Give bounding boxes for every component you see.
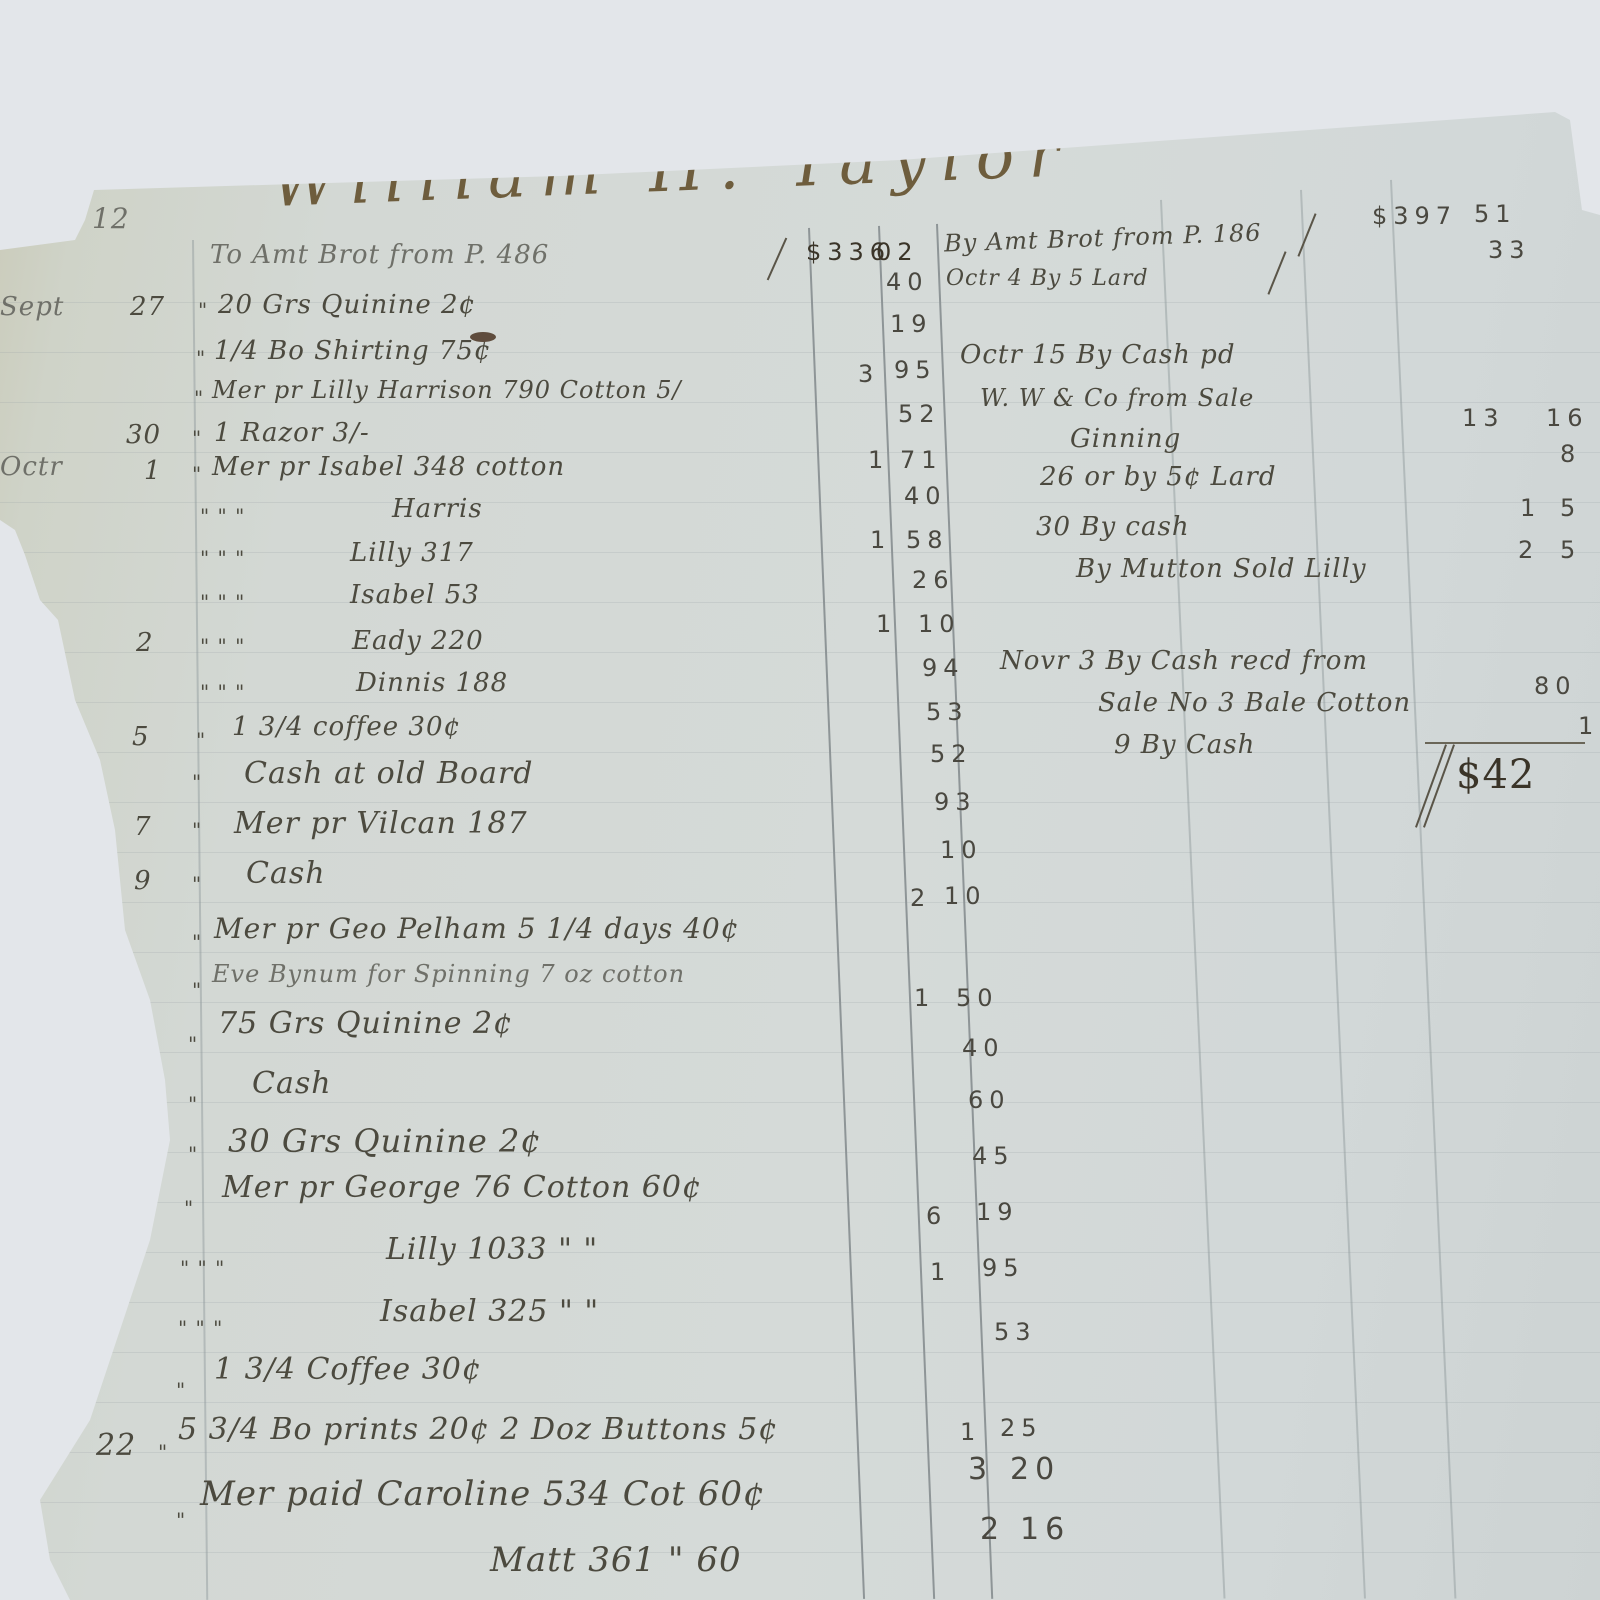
credit-cents: 5 <box>1560 536 1581 564</box>
debit-description: 5 3/4 Bo prints 20¢ 2 Doz Buttons 5¢ <box>178 1412 778 1447</box>
debit-day: 5 <box>132 722 150 752</box>
ditto-mark: " <box>192 818 202 842</box>
ditto-mark: " <box>184 1196 194 1220</box>
ditto-mark: " " " <box>200 634 245 658</box>
ditto-mark: " <box>198 298 208 322</box>
page-number: 12 <box>92 202 130 235</box>
debit-description: Cash <box>246 856 326 891</box>
debit-dollars: 1 <box>870 526 891 554</box>
credit-description: By Amt Brot from P. 186 <box>944 218 1262 257</box>
ditto-mark: " <box>176 1508 186 1532</box>
credit-dollars: $397 <box>1372 202 1457 230</box>
debit-description: Mer paid Caroline 534 Cot 60¢ <box>200 1474 766 1514</box>
ruling-line <box>0 952 1600 953</box>
credit-cents: 16 <box>1546 404 1589 432</box>
ditto-mark: " <box>196 728 206 752</box>
debit-cents: 25 <box>1000 1414 1043 1442</box>
credit-total: $42 <box>1456 752 1535 798</box>
credit-description: Ginning <box>1070 424 1181 454</box>
debit-description: Mer pr Geo Pelham 5 1/4 days 40¢ <box>214 912 740 945</box>
debit-description: Eve Bynum for Spinning 7 oz cotton <box>212 960 685 988</box>
margin-month-octr: Octr <box>0 452 63 482</box>
debit-day: 1 <box>144 456 162 486</box>
debit-cents: 20 <box>1010 1452 1060 1487</box>
debit-cents: 19 <box>976 1198 1019 1226</box>
debit-description: Mer pr Isabel 348 cotton <box>212 452 565 482</box>
ruling-line <box>0 1002 1600 1003</box>
debit-cents: 10 <box>944 882 987 910</box>
debit-description: 1 3/4 coffee 30¢ <box>232 712 461 742</box>
margin-month-sept: Sept <box>0 292 64 322</box>
credit-cents: 33 <box>1488 236 1531 264</box>
debit-description: Isabel 325 " " <box>380 1294 599 1329</box>
credit-dollars: 13 <box>1462 404 1505 432</box>
debit-cents: 52 <box>898 400 941 428</box>
debit-dollars: 1 <box>930 1258 951 1286</box>
debit-cents: 95 <box>982 1254 1025 1282</box>
debit-cents: 53 <box>926 698 969 726</box>
debit-description: Matt 361 " 60 <box>490 1540 742 1580</box>
ruling-line <box>0 1452 1600 1453</box>
credit-cents: 80 <box>1534 672 1577 700</box>
ruling-line <box>0 902 1600 903</box>
credit-description: 9 By Cash <box>1114 730 1255 760</box>
debit-description: 1 3/4 Coffee 30¢ <box>214 1352 482 1387</box>
credit-description: 26 or by 5¢ Lard <box>1040 462 1276 492</box>
debit-cents: 02 <box>876 238 919 266</box>
total-bracket-stroke <box>1423 744 1455 827</box>
total-bracket-stroke <box>1415 744 1447 827</box>
ditto-mark: " <box>188 1142 198 1166</box>
ditto-mark: " <box>192 978 202 1002</box>
debit-cents: 10 <box>940 836 983 864</box>
credit-description: Sale No 3 Bale Cotton <box>1098 688 1411 718</box>
debit-cents: 40 <box>886 268 929 296</box>
tick-mark <box>1267 251 1286 294</box>
debit-dollars: 6 <box>926 1202 947 1230</box>
debit-description: Mer pr George 76 Cotton 60¢ <box>222 1170 702 1205</box>
credit-cents: 51 <box>1474 200 1517 228</box>
debit-day: 2 <box>136 628 154 658</box>
debit-description: Cash at old Board <box>244 756 534 791</box>
credit-description: Novr 3 By Cash recd from <box>1000 646 1368 676</box>
debit-dollars: 2 <box>910 884 931 912</box>
ditto-mark: " <box>188 1032 198 1056</box>
debit-description: Cash <box>252 1066 332 1101</box>
ruling-line <box>0 1552 1600 1553</box>
debit-day: 9 <box>134 866 152 896</box>
tick-mark <box>1297 213 1316 256</box>
debit-cents: 19 <box>890 310 933 338</box>
ditto-mark: " " " <box>200 680 245 704</box>
debit-description: 20 Grs Quinine 2¢ <box>218 290 476 320</box>
credit-cents: 8 <box>1560 440 1581 468</box>
ditto-mark: " <box>196 346 206 370</box>
ditto-mark: " <box>192 872 202 896</box>
credit-ruling <box>1390 180 1456 1599</box>
debit-cents: 53 <box>994 1318 1037 1346</box>
debit-dollars: 3 <box>968 1452 993 1487</box>
credit-description: W. W & Co from Sale <box>980 384 1254 412</box>
debit-description: 30 Grs Quinine 2¢ <box>228 1122 542 1160</box>
credit-description: Octr 15 By Cash pd <box>960 340 1235 370</box>
credit-divider-rule <box>936 224 993 1599</box>
ditto-mark: " " " <box>200 546 245 570</box>
debit-day: 30 <box>126 420 161 450</box>
credit-description: Octr 4 By 5 Lard <box>946 266 1149 291</box>
ruling-line <box>0 1302 1600 1303</box>
ditto-mark: " <box>194 386 204 410</box>
debit-cents: 40 <box>904 482 947 510</box>
debit-description: Harris <box>392 494 483 524</box>
debit-day: 22 <box>96 1428 136 1463</box>
debit-description: Mer pr Vilcan 187 <box>234 806 528 841</box>
debit-description: Mer pr Lilly Harrison 790 Cotton 5/ <box>212 376 682 404</box>
ditto-mark: " <box>192 930 202 954</box>
ditto-mark: " " " <box>178 1316 223 1340</box>
ruling-line <box>0 1102 1600 1103</box>
ditto-mark: " <box>158 1440 168 1464</box>
debit-description: 1/4 Bo Shirting 75¢ <box>214 336 491 366</box>
debit-description: Lilly 317 <box>350 538 474 568</box>
total-rule <box>1425 742 1585 744</box>
debit-day: 27 <box>130 292 165 322</box>
ledger-page: William H. Taylor 12 Sept Octr To Amt Br… <box>0 0 1600 1600</box>
debit-cents: 60 <box>968 1086 1011 1114</box>
debit-cents: 94 <box>922 654 965 682</box>
tick-mark <box>767 238 788 281</box>
debit-cents: 58 <box>906 526 949 554</box>
ruling-line <box>0 1052 1600 1053</box>
ditto-mark: " " " <box>200 504 245 528</box>
debit-cents: 52 <box>930 740 973 768</box>
ditto-mark: " <box>192 462 202 486</box>
credit-description: 30 By cash <box>1036 512 1190 542</box>
debit-dollars: 1 <box>868 446 889 474</box>
debit-dollars: 1 <box>960 1418 981 1446</box>
debit-day: 7 <box>134 812 152 842</box>
debit-cents: 16 <box>1020 1512 1070 1547</box>
debit-cents: 95 <box>894 356 937 384</box>
ruling-line <box>0 752 1600 753</box>
ditto-mark: " <box>192 770 202 794</box>
ruling-line <box>0 1252 1600 1253</box>
credit-description: By Mutton Sold Lilly <box>1076 554 1367 584</box>
ditto-mark: " <box>176 1378 186 1402</box>
credit-cents: 1 <box>1578 712 1599 740</box>
ditto-mark: " " " <box>180 1256 225 1280</box>
debit-dollars: 1 <box>914 984 935 1012</box>
ink-stain <box>470 332 496 342</box>
debit-cents: 71 <box>900 446 943 474</box>
ruling-line <box>0 1402 1600 1403</box>
ditto-mark: " <box>192 426 202 450</box>
debit-description: Lilly 1033 " " <box>386 1232 598 1267</box>
credit-cents: 5 <box>1560 494 1581 522</box>
debit-dollars: 3 <box>858 360 879 388</box>
cents-column-rule <box>878 226 935 1599</box>
debit-cents: 93 <box>934 788 977 816</box>
dollars-column-rule <box>808 228 865 1599</box>
debit-description: Eady 220 <box>352 626 484 656</box>
ruling-line <box>0 802 1600 803</box>
credit-dollars: 1 <box>1520 494 1541 522</box>
page-title: William H. Taylor <box>270 117 1074 222</box>
ruling-line <box>0 852 1600 853</box>
debit-cents: 26 <box>912 566 955 594</box>
ditto-mark: " " " <box>200 590 245 614</box>
ruling-line <box>0 502 1600 503</box>
debit-description: Dinnis 188 <box>356 668 508 698</box>
credit-dollars: 2 <box>1518 536 1539 564</box>
debit-day: 8 <box>124 1186 144 1221</box>
debit-dollars: 1 <box>876 610 897 638</box>
debit-description: 1 Razor 3/- <box>214 418 370 448</box>
ditto-mark: " <box>188 1092 198 1116</box>
debit-description: 75 Grs Quinine 2¢ <box>218 1006 513 1041</box>
debit-cents: 50 <box>956 984 999 1012</box>
debit-dollars: 2 <box>980 1512 1005 1547</box>
debit-cents: 10 <box>918 610 961 638</box>
debit-cents: 45 <box>972 1142 1015 1170</box>
debit-cents: 40 <box>962 1034 1005 1062</box>
debit-description: Isabel 53 <box>350 580 480 610</box>
debit-description: To Amt Brot from P. 486 <box>210 240 549 270</box>
